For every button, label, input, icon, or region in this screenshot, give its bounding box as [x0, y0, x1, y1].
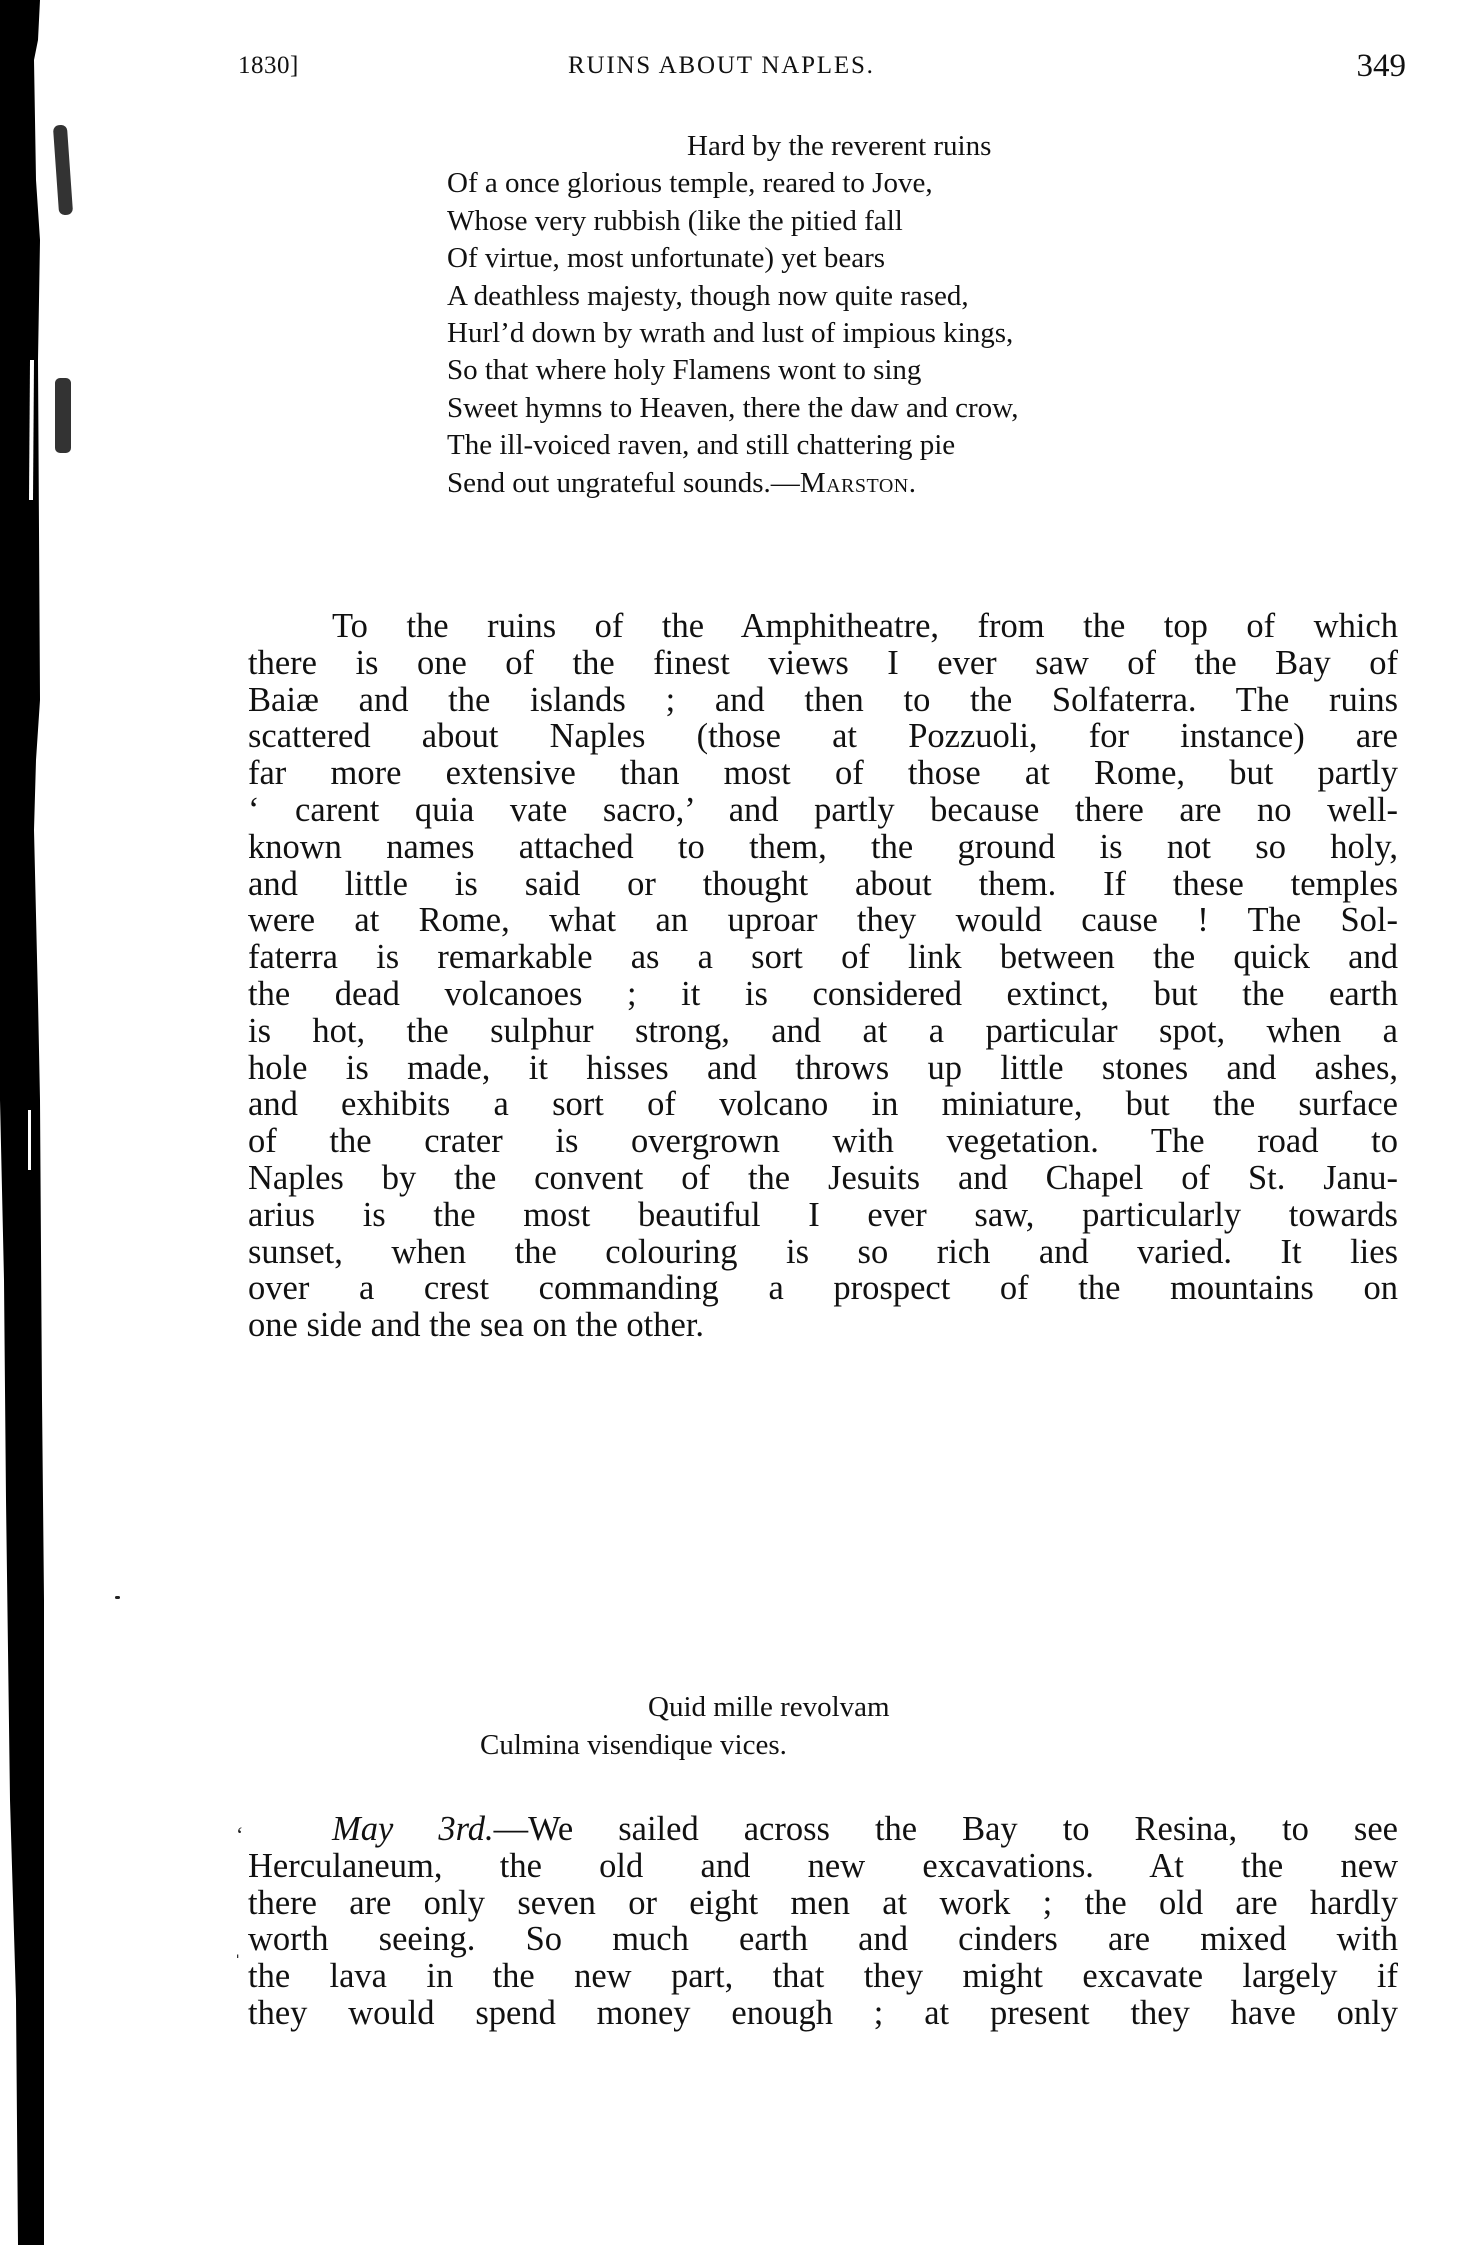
text-line: there are only seven or eight men at wor… [248, 1885, 1398, 1922]
verse-line: Of a once glorious temple, reared to Jov… [447, 165, 1347, 202]
text-line: one side and the sea on the other. [248, 1307, 1398, 1344]
binding-shadow [0, 0, 44, 2245]
verse-quotation: Hard by the reverent ruins Of a once glo… [447, 128, 1347, 502]
text-line: hole is made, it hisses and throws up li… [248, 1050, 1398, 1087]
text-line: Herculaneum, the old and new excavations… [248, 1848, 1398, 1885]
text-line: May 3rd.—We sailed across the Bay to Res… [248, 1811, 1398, 1848]
epigraph-line: Culmina visendique vices. [480, 1726, 1040, 1764]
text-line: were at Rome, what an uproar they would … [248, 902, 1398, 939]
text-line: the dead volcanoes ; it is considered ex… [248, 976, 1398, 1013]
verse-line: Sweet hymns to Heaven, there the daw and… [447, 390, 1347, 427]
text-line: is hot, the sulphur strong, and at a par… [248, 1013, 1398, 1050]
text-line: worth seeing. So much earth and cinders … [248, 1921, 1398, 1958]
paragraph-amphitheatre: To the ruins of the Amphitheatre, from t… [248, 608, 1398, 1344]
text-line: they would spend money enough ; at prese… [248, 1995, 1398, 2032]
running-head-title: RUINS ABOUT NAPLES. [568, 52, 875, 80]
verse-line-text: Send out ungrateful sounds.— [447, 467, 800, 499]
verse-line: The ill-voiced raven, and still chatteri… [447, 427, 1347, 464]
stray-quote-mark: ‘ [236, 1822, 243, 1848]
text-line: there is one of the finest views I ever … [248, 645, 1398, 682]
margin-speck [53, 125, 73, 216]
stray-tick-mark: ˈ [234, 1950, 241, 1976]
running-head: 1830] RUINS ABOUT NAPLES. 349 [238, 48, 1406, 88]
text-line: faterra is remarkable as a sort of link … [248, 939, 1398, 976]
text-line: ‘ carent quia vate sacro,’ and partly be… [248, 792, 1398, 829]
text-line: over a crest commanding a prospect of th… [248, 1270, 1398, 1307]
paragraph-may-3rd: May 3rd.—We sailed across the Bay to Res… [248, 1811, 1398, 2032]
epigraph-line: Quid mille revolvam [480, 1688, 1040, 1726]
diary-date: May 3rd. [332, 1810, 494, 1848]
margin-speck [55, 378, 71, 453]
text-line: known names attached to them, the ground… [248, 829, 1398, 866]
verse-line: A deathless majesty, though now quite ra… [447, 278, 1347, 315]
text-line: scattered about Naples (those at Pozzuol… [248, 718, 1398, 755]
verse-line-last: Send out ungrateful sounds.—Marston. [447, 465, 1347, 502]
verse-attribution: Marston. [800, 467, 917, 499]
latin-epigraph: Quid mille revolvam Culmina visendique v… [480, 1688, 1040, 1764]
text-line: and exhibits a sort of volcano in miniat… [248, 1086, 1398, 1123]
verse-line: Hard by the reverent ruins [447, 128, 1347, 165]
page-number: 349 [1357, 48, 1407, 85]
text-fragment: —We sailed across the Bay to Resina, to … [494, 1810, 1398, 1848]
verse-line: Whose very rubbish (like the pitied fall [447, 203, 1347, 240]
text-line: Baiæ and the islands ; and then to the S… [248, 682, 1398, 719]
text-line: and little is said or thought about them… [248, 866, 1398, 903]
verse-line: Of virtue, most unfortunate) yet bears [447, 240, 1347, 277]
text-line: To the ruins of the Amphitheatre, from t… [248, 608, 1398, 645]
verse-line: Hurl’d down by wrath and lust of impious… [447, 315, 1347, 352]
text-line: far more extensive than most of those at… [248, 755, 1398, 792]
text-line: Naples by the convent of the Jesuits and… [248, 1160, 1398, 1197]
margin-speck [115, 1596, 120, 1599]
text-line: of the crater is overgrown with vegetati… [248, 1123, 1398, 1160]
text-line: the lava in the new part, that they migh… [248, 1958, 1398, 1995]
text-line: sunset, when the colouring is so rich an… [248, 1234, 1398, 1271]
verse-line: So that where holy Flamens wont to sing [447, 352, 1347, 389]
running-head-year: 1830] [238, 52, 299, 80]
text-line: arius is the most beautiful I ever saw, … [248, 1197, 1398, 1234]
